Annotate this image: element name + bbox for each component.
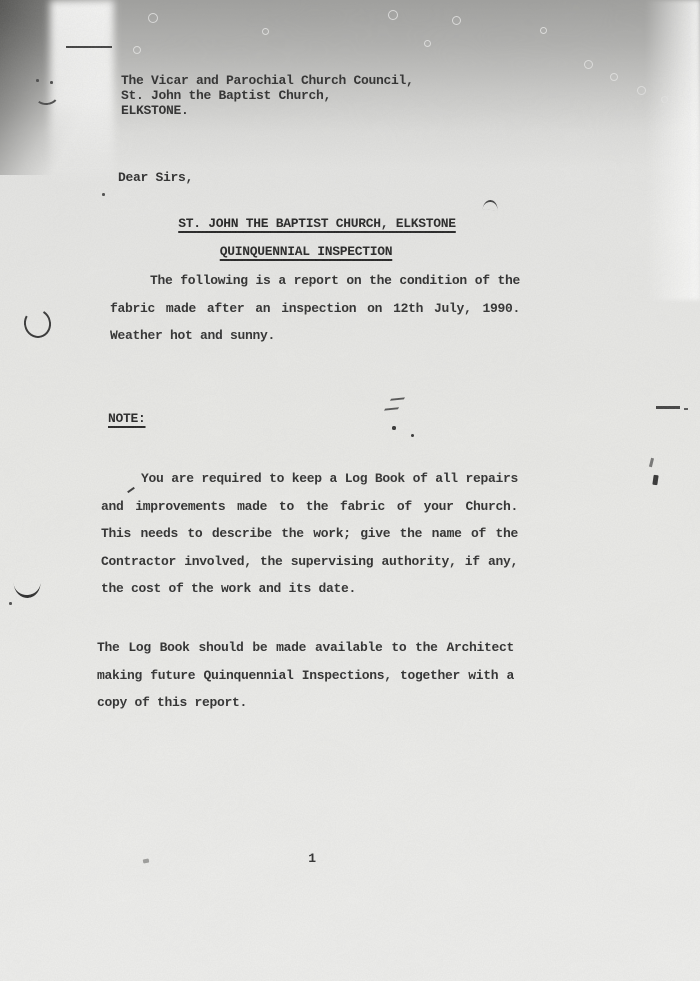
- pen-dot: [50, 81, 53, 84]
- scan-speck: [584, 60, 593, 69]
- pen-dot: [9, 602, 12, 605]
- scan-speck: [133, 46, 141, 54]
- scan-speck: [388, 10, 398, 20]
- scan-artifact-squiggle: [384, 397, 405, 410]
- letter-title-line1-text: ST. JOHN THE BAPTIST CHURCH, ELKSTONE: [178, 216, 456, 231]
- address-line: The Vicar and Parochial Church Council,: [121, 73, 414, 88]
- pen-mark-open-circle: [21, 306, 54, 341]
- scan-artifact-tick: [649, 458, 654, 467]
- note-label: NOTE:: [108, 411, 146, 427]
- log-book-requirements-paragraph: You are required to keep a Log Book of a…: [101, 465, 518, 603]
- letter-title-line2-text: QUINQUENNIAL INSPECTION: [220, 244, 393, 259]
- recipient-address-block: The Vicar and Parochial Church Council, …: [121, 73, 414, 118]
- scan-edge-fade: [645, 0, 700, 300]
- pen-mark-swoosh: [13, 579, 41, 599]
- letter-title-line1: ST. JOHN THE BAPTIST CHURCH, ELKSTONE: [0, 216, 634, 232]
- scan-artifact-tick: [652, 475, 658, 486]
- scan-artifact-dot: [392, 426, 396, 430]
- scan-artifact-dot: [102, 193, 105, 196]
- scan-speck: [452, 16, 461, 25]
- scan-speck: [540, 27, 547, 34]
- scan-speck: [661, 96, 668, 103]
- scan-speck: [148, 13, 158, 23]
- scan-artifact-dot: [411, 434, 414, 437]
- pen-dot: [684, 408, 688, 410]
- pen-mark-horizontal-line: [66, 46, 112, 48]
- pen-arc: [33, 83, 60, 106]
- scan-speck: [424, 40, 431, 47]
- scan-speck: [637, 86, 646, 95]
- log-book-availability-paragraph: The Log Book should be made available to…: [97, 634, 514, 717]
- address-line: St. John the Baptist Church,: [121, 88, 414, 103]
- scan-speck: [262, 28, 269, 35]
- letter-title-line2: QUINQUENNIAL INSPECTION: [0, 244, 612, 260]
- pen-mark-dash: [656, 406, 680, 409]
- scanned-letter-page: The Vicar and Parochial Church Council, …: [0, 0, 700, 981]
- address-line: ELKSTONE.: [121, 103, 414, 118]
- page-number: 1: [0, 851, 624, 866]
- pen-mark-arc-with-dots: [32, 76, 60, 104]
- pen-dot: [36, 79, 39, 82]
- intro-paragraph: The following is a report on the conditi…: [110, 267, 520, 350]
- scan-speck: [610, 73, 618, 81]
- salutation: Dear Sirs,: [118, 170, 193, 186]
